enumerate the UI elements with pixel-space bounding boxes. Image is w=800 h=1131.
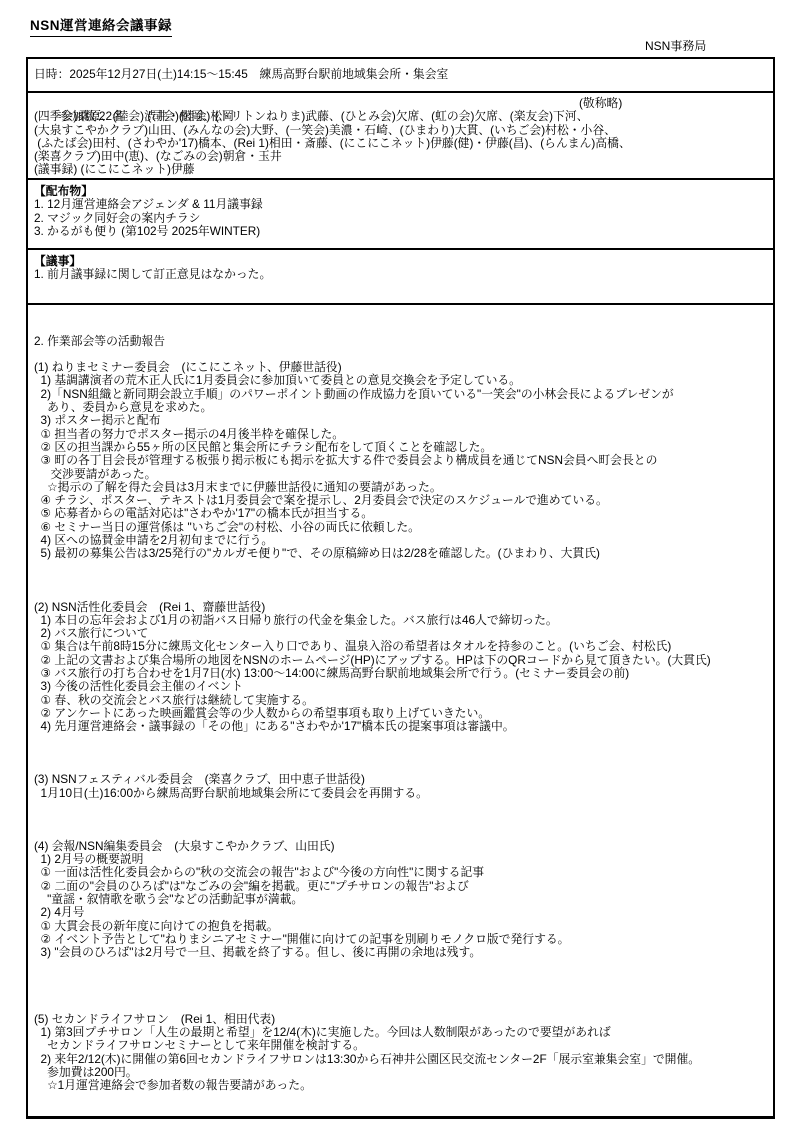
report-line: 5) 最初の募集公告は3/25発行の"カルガモ便り"で、その原稿締め日は2/28… [34,547,773,560]
report-line: (4) 会報/NSN編集委員会 (大泉すこやかクラブ、山田氏) [34,840,773,853]
report-line: 1月10日(土)16:00から練馬高野台駅前地域集会所にて委員会を再開する。 [34,787,773,800]
report-line: ② イベント予告として"ねりまシニアセミナー"開催に向けての記事を別刷りモノクロ… [34,933,773,946]
page-title: NSN運営連絡会議事録 [30,14,172,37]
report-line [34,574,773,587]
report-line: セカンドライフサロンセミナーとして来年開催を検討する。 [34,1039,773,1052]
report-line: 3) ポスター掲示と配布 [34,414,773,427]
report-line: ③ バス旅行の打ち合わせを1月7日(水) 13:00～14:00に練馬高野台駅前… [34,667,773,680]
row-datetime: 日時：2025年12月27日(土)14:15～15:45 練馬高野台駅前地域集会… [28,59,773,93]
attendee-line: (ふたば会)田村、(さわやか'17)橋本、(Rei 1)相田・斎藤、(にこにこネ… [34,137,773,150]
report-line: 交渉要請があった。 [34,468,773,481]
report-line: 2) バス旅行について [34,627,773,640]
attendee-line: (楽喜クラブ)田中(恵)、(なごみの会)朝倉・玉井 [34,150,773,163]
report-line: ③ 町の各丁目会長が管理する板張り掲示板にも掲示を拡大する件で委員会より構成員を… [34,454,773,467]
row-attendees: 参加数:22名 (司会)(睦会)松岡 (敬称略) (四季会)桑原、(睦会)渋井・… [28,93,773,180]
report-line: 1) 第3回プチサロン「人生の最期と希望」を12/4(木)に実施した。今回は人数… [34,1026,773,1039]
attendee-line: (大泉すこやかクラブ)山田、(みんなの会)大野、(一笑会)美濃・石崎、(ひまわり… [34,124,773,137]
agenda-items: 1. 前月議事録に関して訂正意見はなかった。 [34,268,773,281]
report-line: ② アンケートにあった映画鑑賞会等の少人数からの希望事項も取り上げていきたい。 [34,707,773,720]
report-line [34,734,773,747]
report-line: (1) ねりまセミナー委員会 (にこにこネット、伊藤世話役) [34,361,773,374]
handout-items: 1. 12月運営連絡会アジェンダ & 11月議事録2. マジック同好会の案内チラ… [34,198,773,238]
report-lines: 2. 作業部会等の活動報告 (1) ねりまセミナー委員会 (にこにこネット、伊藤… [34,308,773,1116]
report-line: ① 担当者の努力でポスター掲示の4月後半枠を確保した。 [34,428,773,441]
report-line: 2) 4月号 [34,906,773,919]
report-line: ☆1月運営連絡会で参加者数の報告要請があった。 [34,1079,773,1092]
handouts-heading: 【配布物】 [34,185,773,198]
org-label: NSN事務局 [645,37,706,54]
minutes-table: 日時：2025年12月27日(土)14:15～15:45 練馬高野台駅前地域集会… [26,57,775,1119]
document-page: NSN運営連絡会議事録 NSN事務局 日時：2025年12月27日(土)14:1… [0,0,800,1131]
report-line: ① 大貫会長の新年度に向けての抱負を掲載。 [34,920,773,933]
report-line: ① 集合は午前8時15分に練馬文化センター入り口であり、温泉入浴の希望者はタオル… [34,640,773,653]
report-line [34,747,773,760]
report-line: 2)「NSN組織と新同期会設立手順」のパワーポイント動画の作成協力を頂いている"… [34,388,773,401]
report-line [34,999,773,1012]
report-line: ① 一面は活性化委員会からの"秋の交流会の報告"および"今後の方向性"に関する記… [34,866,773,879]
attendees-first-line: 参加数:22名 (司会)(睦会)松岡 (敬称略) [34,97,773,110]
row-main-report: 2. 作業部会等の活動報告 (1) ねりまセミナー委員会 (にこにこネット、伊藤… [28,305,773,1116]
report-line [34,561,773,574]
attendee-count-and-chair: 参加数:22名 (司会)(睦会)松岡 [60,109,234,123]
report-line [34,587,773,600]
report-line [34,813,773,826]
report-line: 1) 基調講演者の荒木正人氏に1月委員会に参加頂いて委員との意見交換会を予定して… [34,374,773,387]
report-line [34,760,773,773]
report-line [34,800,773,813]
report-line [34,348,773,361]
handout-item: 2. マジック同好会の案内チラシ [34,212,773,225]
attendee-line: (議事録) (にこにこネット)伊藤 [34,163,773,176]
report-line: 2. 作業部会等の活動報告 [34,335,773,348]
report-line [34,321,773,334]
report-line: あり、委員から意見を求めた。 [34,401,773,414]
handout-item: 1. 12月運営連絡会アジェンダ & 11月議事録 [34,198,773,211]
datetime-text: 日時：2025年12月27日(土)14:15～15:45 練馬高野台駅前地域集会… [34,68,773,81]
report-line: ② 上記の文書および集合場所の地図をNSNのホームページ(HP)にアップする。H… [34,654,773,667]
agenda-heading: 【議事】 [34,255,773,268]
row-agenda: 【議事】 1. 前月議事録に関して訂正意見はなかった。 [28,250,773,305]
report-line [34,973,773,986]
report-line: ② 二面の"会員のひろば"は"なごみの会"編を掲載。更に"プチサロンの報告"およ… [34,880,773,893]
agenda-item: 1. 前月議事録に関して訂正意見はなかった。 [34,268,773,281]
report-line: 4) 先月運営連絡会・議事録の「その他」にある"さわやか'17"橋本氏の提案事項… [34,720,773,733]
report-line: 2) 来年2/12(木)に開催の第6回セカンドライフサロンは13:30から石神井… [34,1053,773,1066]
report-line: 1) 本日の忘年会および1月の初詣バス日帰り旅行の代金を集金した。バス旅行は46… [34,614,773,627]
report-line [34,960,773,973]
report-line: ④ チラシ、ポスター、テキストは1月委員会で案を提示し、2月委員会で決定のスケジ… [34,494,773,507]
report-line: "童謡・叙情歌を歌う会"などの活動記事が満載。 [34,893,773,906]
report-line: 3) "会員のひろば"は2月号で一旦、掲載を終了する。但し、後に再開の余地は残す… [34,946,773,959]
report-line [34,1106,773,1116]
report-line [34,308,773,321]
report-line [34,1093,773,1106]
report-line: ① 春、秋の交流会とバス旅行は継続して実施する。 [34,694,773,707]
report-line: ② 区の担当課から55ヶ所の区民館と集会所にチラシ配布をして頂くことを確認した。 [34,441,773,454]
report-line: (3) NSNフェスティバル委員会 (楽喜クラブ、田中恵子世話役) [34,773,773,786]
report-line: 3) 今後の活性化委員会主催のイベント [34,680,773,693]
row-handouts: 【配布物】 1. 12月運営連絡会アジェンダ & 11月議事録2. マジック同好… [28,180,773,250]
handout-item: 3. かるがも便り (第102号 2025年WINTER) [34,225,773,238]
report-line: ⑥ セミナー当日の運営係は "いちご会"の村松、小谷の両氏に依頼した。 [34,521,773,534]
report-line: (2) NSN活性化委員会 (Rei 1、齋藤世話役) [34,601,773,614]
honorific-note: (敬称略) [579,97,622,110]
report-line: 4) 区への協賛金申請を2月初旬までに行う。 [34,534,773,547]
report-line: ⑤ 応募者からの電話対応は"さわやか'17"の橋本氏が担当する。 [34,507,773,520]
report-line [34,986,773,999]
report-line: (5) セカンドライフサロン (Rei 1、相田代表) [34,1013,773,1026]
report-line: 参加費は200円。 [34,1066,773,1079]
report-line [34,827,773,840]
report-line: ☆掲示の了解を得た会員は3月末までに伊藤世話役に通知の要請があった。 [34,481,773,494]
report-line: 1) 2月号の概要説明 [34,853,773,866]
